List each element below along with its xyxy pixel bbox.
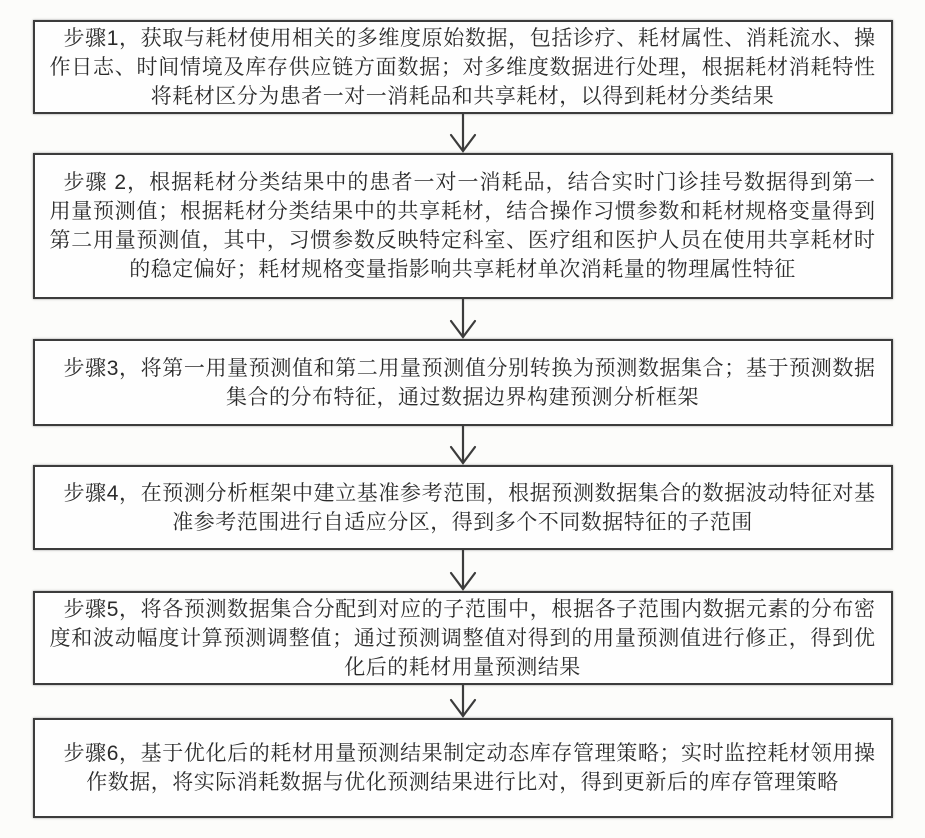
step-box-6: 步骤6，基于优化后的耗材用量预测结果制定动态库存管理策略；实时监控耗材领用操作数… — [33, 718, 893, 818]
step-6-text: 步骤6，基于优化后的耗材用量预测结果制定动态库存管理策略；实时监控耗材领用操作数… — [50, 739, 876, 797]
flowchart: 步骤1，获取与耗材使用相关的多维度原始数据，包括诊疗、耗材属性、消耗流水、操作日… — [0, 0, 925, 838]
flow-arrow-icon — [441, 299, 485, 339]
step-1-text: 步骤1，获取与耗材使用相关的多维度原始数据，包括诊疗、耗材属性、消耗流水、操作日… — [50, 24, 876, 111]
step-4-text: 步骤4，在预测分析框架中建立基准参考范围，根据预测数据集合的数据波动特征对基准参… — [50, 479, 876, 537]
step-box-3: 步骤3，将第一用量预测值和第二用量预测值分别转换为预测数据集合；基于预测数据集合… — [33, 339, 893, 426]
step-box-1: 步骤1，获取与耗材使用相关的多维度原始数据，包括诊疗、耗材属性、消耗流水、操作日… — [33, 20, 893, 114]
flow-arrow-icon — [441, 426, 485, 465]
step-2-text: 步骤 2，根据耗材分类结果中的患者一对一消耗品，结合实时门诊挂号数据得到第一用量… — [50, 168, 876, 284]
step-box-2: 步骤 2，根据耗材分类结果中的患者一对一消耗品，结合实时门诊挂号数据得到第一用量… — [33, 153, 893, 299]
step-5-text: 步骤5，将各预测数据集合分配到对应的子范围中，根据各子范围内数据元素的分布密度和… — [50, 595, 876, 682]
step-box-4: 步骤4，在预测分析框架中建立基准参考范围，根据预测数据集合的数据波动特征对基准参… — [33, 465, 893, 550]
flow-arrow-icon — [441, 114, 485, 153]
step-box-5: 步骤5，将各预测数据集合分配到对应的子范围中，根据各子范围内数据元素的分布密度和… — [33, 591, 893, 685]
step-3-text: 步骤3，将第一用量预测值和第二用量预测值分别转换为预测数据集合；基于预测数据集合… — [50, 354, 876, 412]
flow-arrow-icon — [441, 550, 485, 591]
flow-arrow-icon — [441, 685, 485, 718]
